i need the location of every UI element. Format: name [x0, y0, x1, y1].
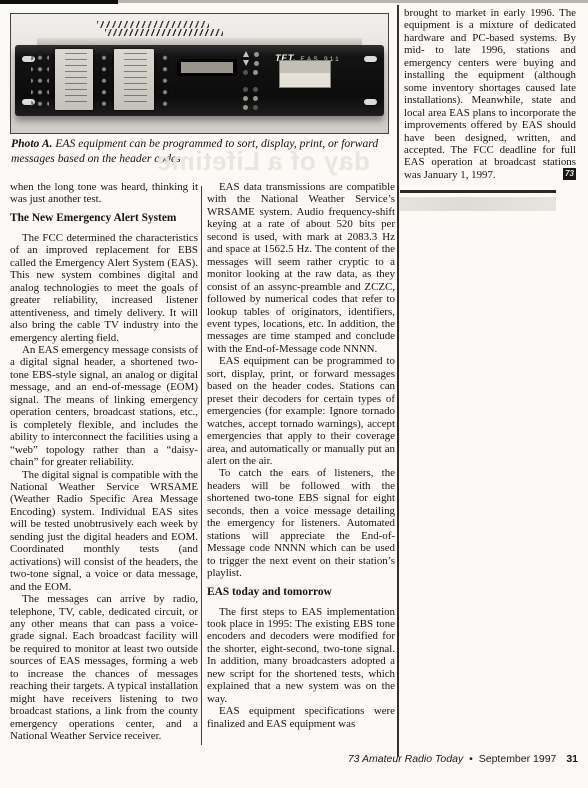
lcd-display: [177, 59, 237, 76]
device-front-panel: TFT.EAS 911: [15, 45, 384, 116]
body-paragraph: The FCC determined the characteristics o…: [10, 232, 198, 344]
led-indicator: [243, 96, 248, 101]
button-row: [243, 104, 258, 110]
lcd-text-area: [181, 62, 233, 73]
article-column-middle: EAS data transmissions are compatible wi…: [207, 181, 395, 730]
section-heading: EAS today and tomorrow: [207, 586, 395, 599]
footer-issue: September 1997: [479, 753, 557, 765]
body-paragraph: brought to market in early 1996. The equ…: [404, 7, 576, 181]
body-paragraph: To catch the ears of listeners, the head…: [207, 467, 395, 579]
section-rule: [400, 190, 556, 193]
body-paragraph: The digital signal is compatible with th…: [10, 469, 198, 594]
arrow-down-icon: [243, 60, 249, 66]
body-paragraph: when the long tone was heard, thinking i…: [10, 181, 198, 206]
article-column-left: when the long tone was heard, thinking i…: [10, 181, 198, 742]
column-divider: [397, 5, 399, 757]
rack-screw: [364, 99, 377, 105]
led-indicator: [254, 61, 259, 66]
body-paragraph: The messages can arrive by radio, teleph…: [10, 593, 198, 742]
section-heading: The New Emergency Alert System: [10, 212, 198, 225]
led-indicator: [243, 105, 248, 110]
footer-page-number: 31: [566, 753, 578, 765]
body-paragraph: EAS data transmissions are compatible wi…: [207, 181, 395, 355]
button-row: [243, 69, 258, 75]
control-buttons: [243, 51, 259, 110]
page-footer: 73 Amateur Radio Today • September 1997 …: [296, 753, 578, 765]
scan-artifact-bar: [0, 0, 118, 4]
caption-label: Photo A.: [11, 137, 52, 150]
led-button-column: [31, 52, 49, 109]
scan-artifact-band: [399, 197, 556, 211]
body-paragraph: EAS equipment specifications were finali…: [207, 705, 395, 730]
led-indicator: [243, 70, 248, 75]
scan-artifact-bar: [118, 0, 588, 3]
label-card: [114, 49, 154, 110]
button-row: [243, 60, 259, 66]
led-indicator: [253, 96, 258, 101]
led-button-column: [97, 52, 111, 109]
arrow-up-icon: [243, 51, 249, 57]
label-card: [55, 49, 93, 110]
column-divider: [201, 186, 202, 745]
device-label-window: [279, 60, 331, 88]
footer-magazine-title: 73 Amateur Radio Today: [348, 753, 463, 765]
body-paragraph: An EAS emergency message consists of a d…: [10, 344, 198, 469]
led-button-column: [158, 52, 172, 109]
vent-slots: [105, 29, 223, 36]
photo-eas-equipment: TFT.EAS 911: [10, 13, 389, 134]
end-of-article-mark: 73: [563, 168, 576, 180]
page-showthrough-text: day of a Lifetime: [116, 146, 410, 178]
magazine-page: TFT.EAS 911 Photo A. EAS equipment can b…: [0, 0, 588, 788]
button-row: [243, 95, 258, 101]
button-row: [243, 86, 258, 92]
footer-separator: •: [469, 753, 473, 765]
article-column-right: brought to market in early 1996. The equ…: [404, 7, 576, 181]
led-indicator: [254, 52, 259, 57]
led-indicator: [253, 87, 258, 92]
photo-scene: TFT.EAS 911: [11, 14, 388, 133]
led-indicator: [253, 105, 258, 110]
button-row: [243, 51, 259, 57]
vent-slots: [97, 21, 209, 28]
led-indicator: [253, 70, 258, 75]
body-paragraph: EAS equipment can be programmed to sort,…: [207, 355, 395, 467]
led-indicator: [243, 87, 248, 92]
body-paragraph: The first steps to EAS implementation to…: [207, 606, 395, 706]
